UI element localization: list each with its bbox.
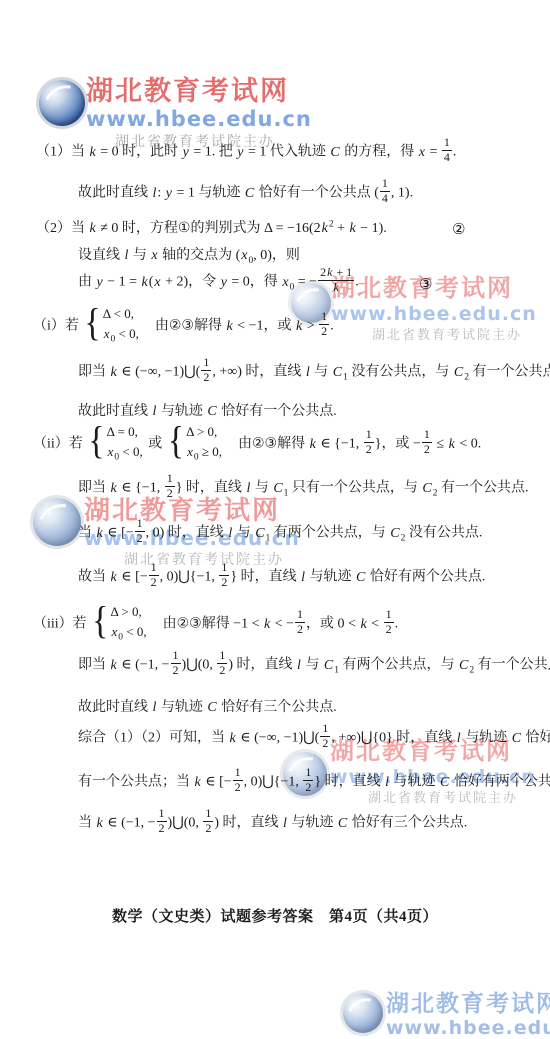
solution-line-case-i-condition: （i）若 {Δ < 0,x0 < 0, 由②③解得 k < −1，或 k > 1…: [33, 308, 334, 345]
solution-line-case-i-detail: 即当 k ∈ (−∞, −1)⋃(12, +∞) 时，直线 l 与 C1 没有公…: [78, 358, 550, 387]
solution-line-case-ii-detail-1: 即当 k ∈ {−1, 12} 时，直线 l 与 C1 只有一个公共点，与 C2…: [78, 474, 529, 503]
solution-line-part2-discriminant: （2）当 k ≠ 0 时，方程①的判别式为 Δ = −16(2k2 + k − …: [36, 220, 387, 238]
page-footer: 数学（文史类）试题参考答案 第4页（共4页）: [0, 905, 550, 926]
solution-line-case-ii-conclusion: 故当 k ∈ [−12, 0)⋃{−1, 12} 时，直线 l 与轨迹 C 恰好…: [78, 563, 485, 592]
scanned-document-page: 湖北教育考试网 www.hbee.edu.cn 湖北省教育考试院主办 湖北教育考…: [0, 0, 550, 1039]
solution-line-case-i-conclusion: 故此时直线 l 与轨迹 C 恰好有一个公共点.: [78, 403, 337, 421]
solution-line-summary-2: 有一个公共点；当 k ∈ [−12, 0)⋃{−1, 12} 时，直线 l 与轨…: [78, 768, 550, 797]
solution-line-case-ii-detail-2: 当 k ∈ [−12, 0) 时，直线 l 与 C1 有两个公共点，与 C2 没…: [78, 519, 482, 548]
solution-line-part1-case-k0: （1）当 k = 0 时，此时 y = 1. 把 y = 1 代入轨迹 C 的方…: [36, 138, 456, 167]
solution-line-case-iii-conclusion: 故此时直线 l 与轨迹 C 恰好有三个公共点.: [78, 699, 337, 717]
solution-line-case-iii-condition: （iii）若 {Δ > 0,x0 < 0, 由②③解得 −1 < k < −12…: [33, 606, 398, 643]
solution-line-part2-x-intercept: 设直线 l 与 x 轴的交点为 (x0, 0)，则: [78, 247, 300, 265]
solution-line-summary-3: 当 k ∈ (−1, −12)⋃(0, 12) 时，直线 l 与轨迹 C 恰好有…: [78, 809, 467, 838]
equation-number-2: ②: [452, 220, 465, 239]
solution-content: （1）当 k = 0 时，此时 y = 1. 把 y = 1 代入轨迹 C 的方…: [0, 0, 550, 1039]
solution-line-part2-x0-formula: 由 y − 1 = k(x + 2)，令 y = 0，得 x0 = −2k + …: [78, 268, 359, 297]
solution-line-case-ii-condition: （ii）若 {Δ = 0,x0 < 0, 或 {Δ > 0,x0 ≥ 0, 由②…: [33, 426, 481, 463]
solution-line-summary-1: 综合（1）（2）可知，当 k ∈ (−∞, −1)⋃(12, +∞)⋃{0} 时…: [78, 724, 550, 753]
equation-number-3: ③: [419, 275, 432, 294]
solution-line-part1-conclusion: 故此时直线 l: y = 1 与轨迹 C 恰好有一个公共点 (14, 1).: [78, 179, 413, 208]
solution-line-case-iii-detail: 即当 k ∈ (−1, −12)⋃(0, 12) 时，直线 l 与 C1 有两个…: [78, 651, 550, 680]
